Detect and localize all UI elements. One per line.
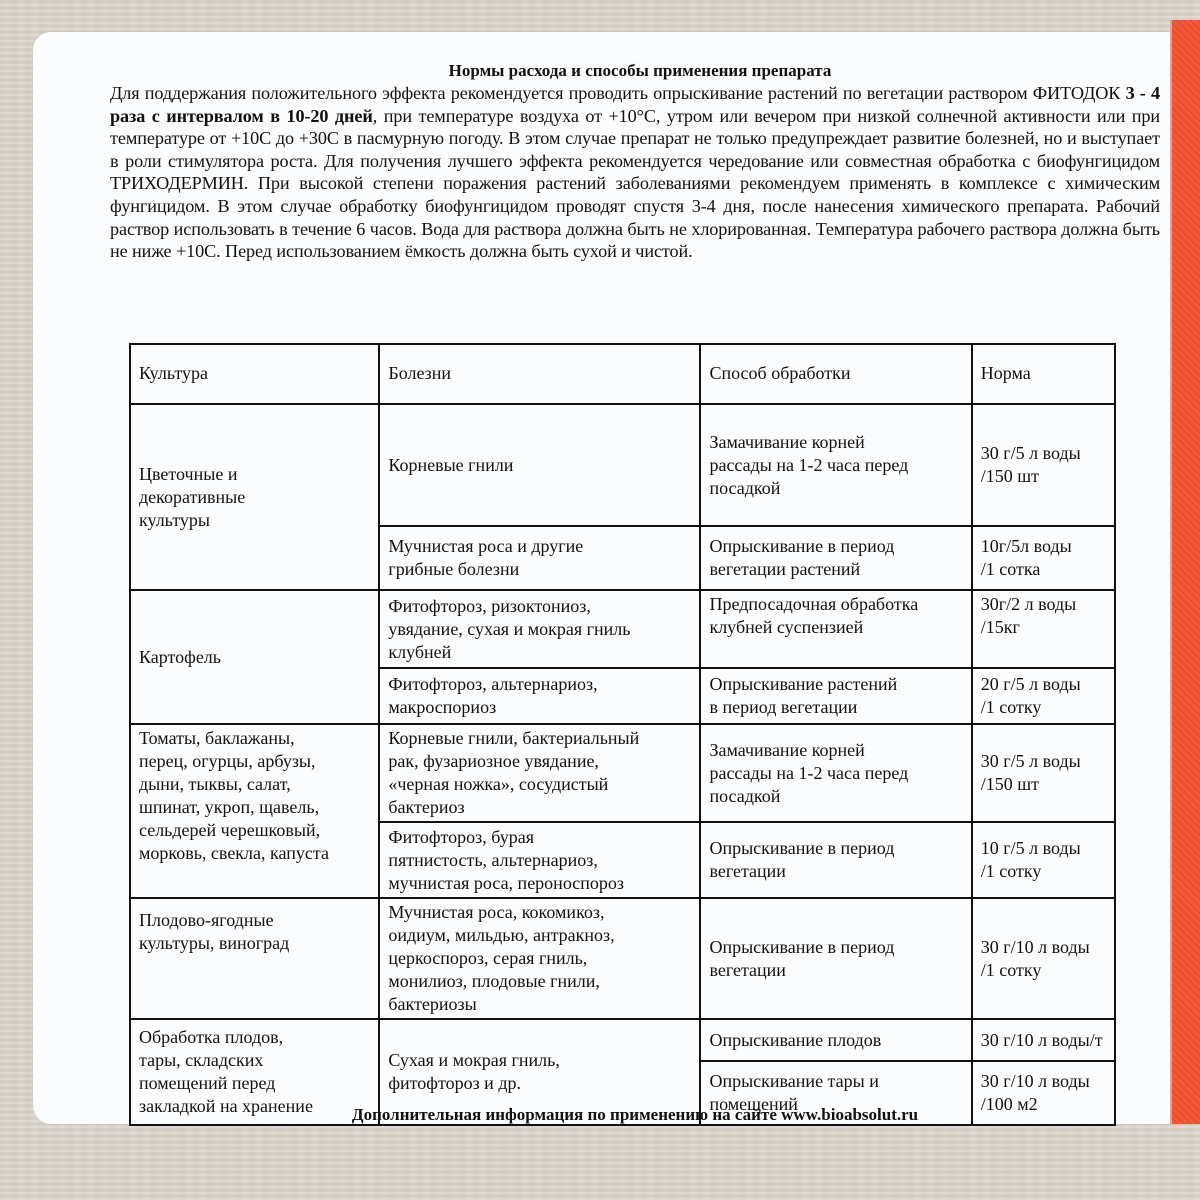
cell-text: Опрыскивание в период вегетации [709, 837, 962, 883]
cell-text: Цветочные и декоративные культуры [139, 463, 370, 532]
culture-cell: Цветочные и декоративные культуры [130, 404, 379, 590]
usage-norms-table: Культура Болезни Способ обработки Норма … [129, 343, 1116, 1126]
method-cell: Предпосадочная обработка клубней суспенз… [700, 590, 971, 668]
table-row: Картофель Фитофтороз, ризоктониоз, увяда… [130, 590, 1115, 668]
cell-text: 30г/2 л воды /15кг [981, 593, 1106, 639]
cell-text: Мучнистая роса и другие грибные болезни [388, 535, 691, 581]
cell-text: Замачивание корней рассады на 1-2 часа п… [709, 431, 962, 500]
method-cell: Опрыскивание в период вегетации [700, 898, 971, 1019]
culture-cell: Томаты, баклажаны, перец, огурцы, арбузы… [130, 724, 379, 898]
cell-text: Корневые гнили [388, 454, 691, 477]
header-norm: Норма [972, 344, 1115, 404]
culture-cell: Плодово-ягодные культуры, виноград [130, 898, 379, 1019]
method-cell: Опрыскивание в период вегетации [700, 822, 971, 898]
cell-text: Опрыскивание в период вегетации [709, 936, 962, 982]
norm-cell: 20 г/5 л воды /1 сотку [972, 668, 1115, 724]
cell-text: Мучнистая роса, кокомикоз, оидиум, мильд… [388, 901, 691, 1016]
cell-text: Опрыскивание в период вегетации растений [709, 535, 962, 581]
cell-text: 20 г/5 л воды /1 сотку [981, 673, 1106, 719]
leaflet-text: Нормы расхода и способы применения препа… [110, 60, 1160, 263]
cell-text: Замачивание корней рассады на 1-2 часа п… [709, 739, 962, 808]
cell-text: Сухая и мокрая гниль, фитофтороз и др. [388, 1049, 691, 1095]
norm-cell: 10 г/5 л воды /1 сотку [972, 822, 1115, 898]
packaging-red-edge [1170, 20, 1200, 1124]
disease-cell: Мучнистая роса и другие грибные болезни [379, 526, 700, 590]
method-cell: Опрыскивание плодов [700, 1019, 971, 1061]
disease-cell: Мучнистая роса, кокомикоз, оидиум, мильд… [379, 898, 700, 1019]
table-row: Плодово-ягодные культуры, виноград Мучни… [130, 898, 1115, 1019]
intro-text-part2: , при температуре воздуха от +10°С, утро… [110, 106, 1160, 262]
norm-cell: 10г/5л воды /1 сотка [972, 526, 1115, 590]
cell-text: Фитофтороз, ризоктониоз, увядание, сухая… [388, 595, 691, 664]
page-title: Нормы расхода и способы применения препа… [110, 60, 1160, 82]
disease-cell: Фитофтороз, ризоктониоз, увядание, сухая… [379, 590, 700, 668]
cell-text: Предпосадочная обработка клубней суспенз… [709, 593, 962, 639]
table-header-row: Культура Болезни Способ обработки Норма [130, 344, 1115, 404]
cell-text: 10 г/5 л воды /1 сотку [981, 837, 1106, 883]
method-cell: Замачивание корней рассады на 1-2 часа п… [700, 724, 971, 822]
method-cell: Опрыскивание растений в период вегетации [700, 668, 971, 724]
norm-cell: 30 г/10 л воды /1 сотку [972, 898, 1115, 1019]
disease-cell: Фитофтороз, бурая пятнистость, альтернар… [379, 822, 700, 898]
norm-cell: 30 г/10 л воды/т [972, 1019, 1115, 1061]
culture-cell: Картофель [130, 590, 379, 724]
norm-cell: 30 г/5 л воды /150 шт [972, 724, 1115, 822]
cell-text: 30 г/5 л воды /150 шт [981, 750, 1106, 796]
cell-text: 10г/5л воды /1 сотка [981, 535, 1106, 581]
table-body: Цветочные и декоративные культуры Корнев… [130, 404, 1115, 1125]
cell-text: 30 г/10 л воды /1 сотку [981, 936, 1106, 982]
disease-cell: Фитофтороз, альтернариоз, макроспориоз [379, 668, 700, 724]
cell-text: Опрыскивание плодов [709, 1029, 962, 1052]
header-culture: Культура [130, 344, 379, 404]
table-row: Обработка плодов, тары, складских помеще… [130, 1019, 1115, 1061]
cell-text: Опрыскивание растений в период вегетации [709, 673, 962, 719]
cell-text: Фитофтороз, альтернариоз, макроспориоз [388, 673, 691, 719]
disease-cell: Корневые гнили, бактериальный рак, фузар… [379, 724, 700, 822]
cell-text: 30 г/10 л воды/т [981, 1029, 1106, 1052]
cell-text: Корневые гнили, бактериальный рак, фузар… [388, 727, 691, 819]
method-cell: Замачивание корней рассады на 1-2 часа п… [700, 404, 971, 526]
norm-cell: 30г/2 л воды /15кг [972, 590, 1115, 668]
method-cell: Опрыскивание в период вегетации растений [700, 526, 971, 590]
table-row: Цветочные и декоративные культуры Корнев… [130, 404, 1115, 526]
table-row: Томаты, баклажаны, перец, огурцы, арбузы… [130, 724, 1115, 822]
disease-cell: Корневые гнили [379, 404, 700, 526]
header-method: Способ обработки [700, 344, 971, 404]
cell-text: Картофель [139, 646, 370, 669]
cell-text: Фитофтороз, бурая пятнистость, альтернар… [388, 826, 691, 895]
cell-text: Плодово-ягодные культуры, виноград [139, 909, 370, 955]
intro-paragraph: Для поддержания положительного эффекта р… [110, 82, 1160, 263]
footer-website-note: Дополнительная информация по применению … [0, 1104, 1200, 1126]
intro-text-part1: Для поддержания положительного эффекта р… [110, 83, 1126, 103]
norm-cell: 30 г/5 л воды /150 шт [972, 404, 1115, 526]
cell-text: Томаты, баклажаны, перец, огурцы, арбузы… [139, 727, 370, 865]
cell-text: 30 г/5 л воды /150 шт [981, 442, 1106, 488]
header-disease: Болезни [379, 344, 700, 404]
